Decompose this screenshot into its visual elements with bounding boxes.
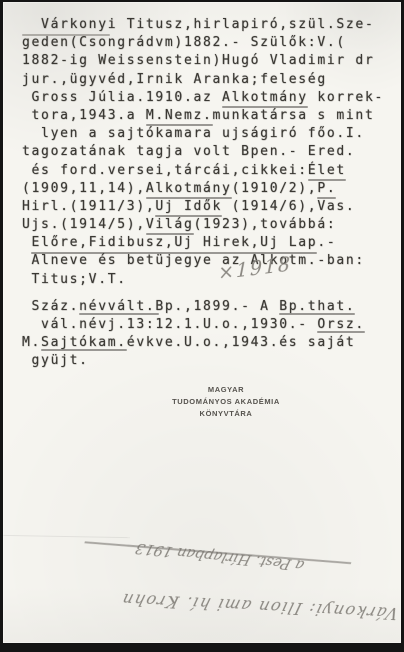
ink-underline-ujidok: [155, 215, 222, 217]
typewritten-line: Hirl.(1911/3),Uj Idők (1914/6),Vas.: [22, 198, 394, 216]
pencil-underline-name: [22, 34, 110, 36]
ink-underline-alkotmany-1: [222, 106, 308, 108]
typewritten-line: tagozatának tagja volt Bpen.- Ered.: [22, 143, 394, 161]
handwritten-crossed-out-note: a Pest. Hírlapban 1913: [96, 535, 343, 576]
typewritten-line: tora,1943.a M.Nemz.munkatársa s mint: [22, 107, 394, 125]
typewritten-line: Várkonyi Titusz,hirlapiró,szül.Sze-: [22, 16, 394, 34]
ink-underline-elet: [308, 179, 346, 181]
ink-underline-sajtokam: [41, 349, 127, 351]
typewritten-line: geden(Csongrádvm)1882.- Szülők:V.(: [22, 34, 394, 52]
typewritten-line: (1909,11,14),Alkotmány(1910/2),P.: [22, 180, 394, 198]
ink-underline-alkotmany-2: [146, 197, 232, 199]
stamp-line-2: TUDOMÁNYOS AKADÉMIA: [158, 396, 294, 408]
ink-underline-nevvalt: [79, 313, 159, 315]
catalog-card-scan: Várkonyi Titusz,hirlapiró,szül.Sze-geden…: [0, 0, 404, 652]
typewritten-text-block: Várkonyi Titusz,hirlapiró,szül.Sze-geden…: [22, 16, 394, 371]
ink-underline-bpthat: [279, 313, 355, 315]
typewritten-line: Alneve és betüjegye az Alkotm.-ban:: [22, 252, 394, 270]
typewritten-line: [22, 289, 394, 298]
typewritten-line: Előre,Fidibusz,Uj Hirek,Uj Lap.-: [22, 234, 394, 252]
typewritten-line: Titus;V.T.: [22, 271, 394, 289]
ink-underline-phirl: [317, 197, 336, 199]
library-stamp: MAGYAR TUDOMÁNYOS AKADÉMIA KÖNYVTÁRA: [158, 384, 294, 420]
typewritten-line: és ford.versei,tárcái,cikkei:Élet: [22, 162, 394, 180]
ink-underline-orsz: [317, 331, 365, 333]
ink-underline-vilag: [146, 233, 194, 235]
crossed-out-note-text: a Pest. Hírlapban 1913: [134, 539, 307, 572]
handwritten-bottom-note-rotated: Várkonyi: Ilion ami hí. Krohn: [4, 584, 400, 623]
typewritten-line: 1882-ig Weissenstein)Hugó Vladimir dr: [22, 52, 394, 70]
ink-underline-lapnevek: [31, 252, 317, 254]
typewritten-line: jur.,ügyvéd,Irnik Aranka;feleség: [22, 71, 394, 89]
stamp-line-3: KÖNYVTÁRA: [158, 408, 294, 420]
typewritten-line: Ujs.(1914/5),Világ(1923),továbbá:: [22, 216, 394, 234]
paper-crease-line: [2, 535, 130, 538]
typewritten-line: lyen a sajtókamara ujságiró főo.I.: [22, 125, 394, 143]
typewritten-line: gyüjt.: [22, 352, 394, 370]
ink-underline-mnemz: [146, 124, 213, 126]
stamp-line-1: MAGYAR: [158, 384, 294, 396]
typewritten-line: Gross Júlia.1910.az Alkotmány korrek-: [22, 89, 394, 107]
